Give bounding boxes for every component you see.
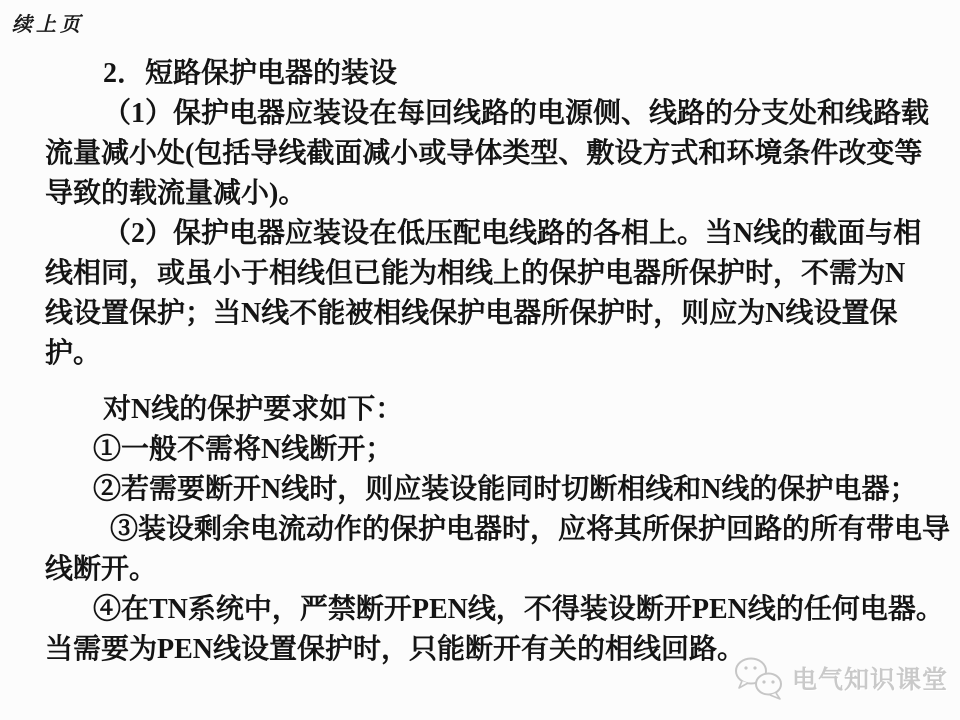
slide-body: 2．短路保护电器的装设 （1）保护电器应装设在每回线路的电源侧、线路的分支处和线…	[45, 54, 945, 670]
wechat-bubbles-icon	[732, 655, 786, 701]
watermark-label: 电气知识课堂	[792, 660, 948, 696]
n-line-requirements-intro: 对N线的保护要求如下：	[45, 390, 945, 430]
paragraph-2-line: 线相同，或虽小于相线但已能为相线上的保护电器所保护时，不需为N	[45, 254, 945, 294]
paragraph-1-line: （1）保护电器应装设在每回线路的电源侧、线路的分支处和线路载	[45, 94, 945, 134]
slide: 续上页 2．短路保护电器的装设 （1）保护电器应装设在每回线路的电源侧、线路的分…	[0, 0, 960, 720]
paragraph-2-line: 线设置保护；当N线不能被相线保护电器所保护时，则应为N线设置保	[45, 294, 945, 334]
paragraph-2-line: 护。	[45, 334, 945, 374]
paragraph-1-line: 导致的载流量减小)。	[45, 174, 945, 214]
continuation-note: 续上页	[12, 8, 84, 37]
paragraph-2-line: （2）保护电器应装设在低压配电线路的各相上。当N线的截面与相	[45, 214, 945, 254]
watermark: 电气知识课堂	[732, 655, 948, 701]
list-item-3-continuation: 线断开。	[45, 550, 945, 590]
list-item-2: ②若需要断开N线时，则应装设能同时切断相线和N线的保护电器；	[45, 470, 945, 510]
paragraph-1-line: 流量减小处(包括导线截面减小或导体类型、敷设方式和环境条件改变等	[45, 134, 945, 174]
list-item-3: ③装设剩余电流动作的保护电器时，应将其所保护回路的所有带电导	[45, 510, 945, 550]
list-item-1: ①一般不需将N线断开；	[45, 430, 945, 470]
list-item-4: ④在TN系统中，严禁断开PEN线，不得装设断开PEN线的任何电器。	[45, 590, 945, 630]
section-heading: 2．短路保护电器的装设	[45, 54, 945, 94]
